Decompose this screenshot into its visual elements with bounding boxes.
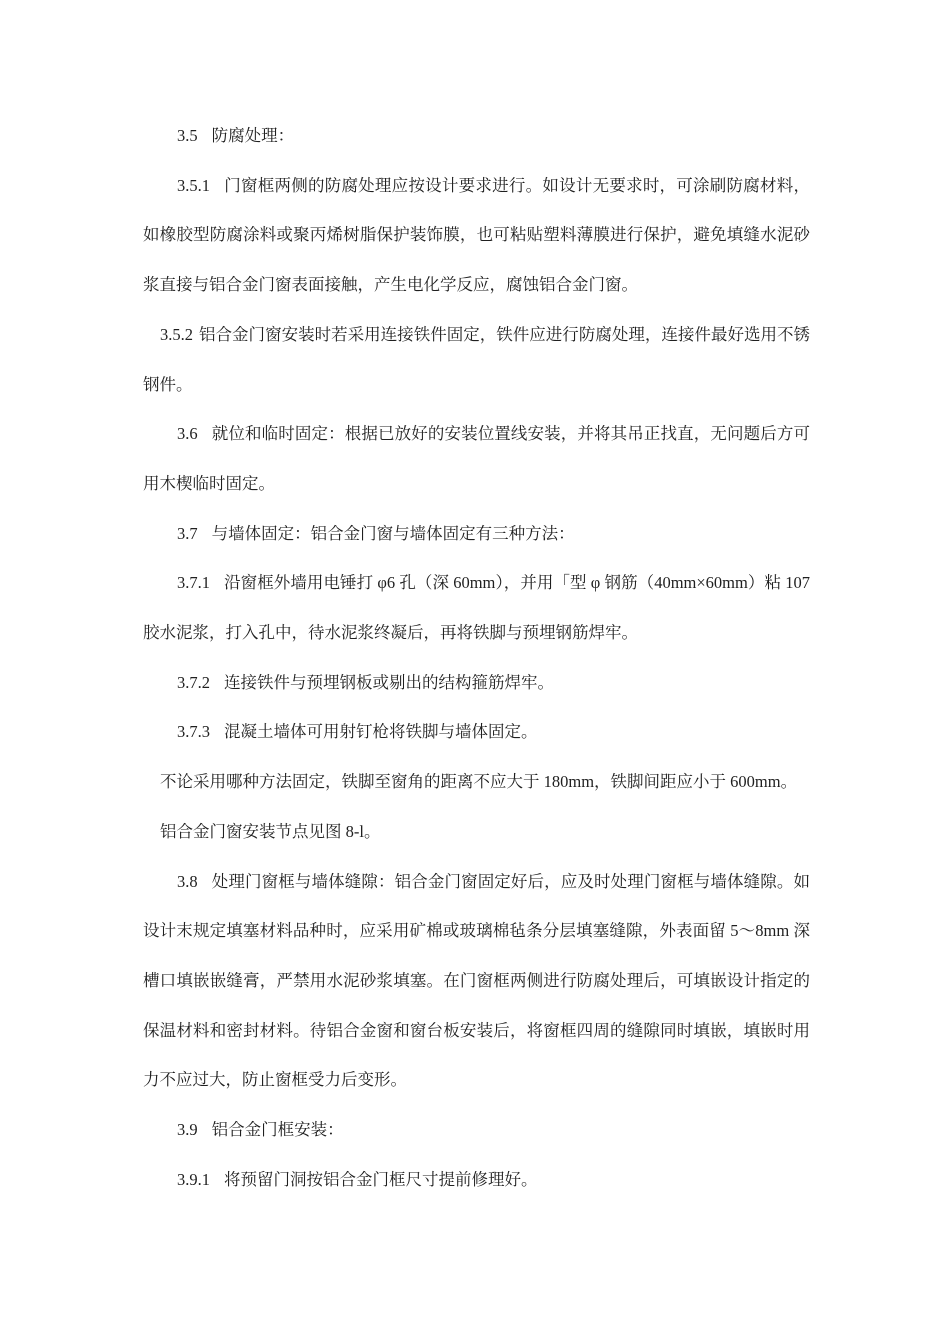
clause-number: 3.7.1 — [177, 573, 210, 592]
clause-number: 3.9 — [177, 1120, 198, 1139]
paragraph-figure-reference: 铝合金门窗安装节点见图 8-l。 — [143, 807, 810, 857]
clause-text: 混凝土墙体可用射钉枪将铁脚与墙体固定。 — [224, 722, 538, 741]
clause-number: 3.7.3 — [177, 722, 210, 741]
paragraph-3-5-2: 3.5.2铝合金门窗安装时若采用连接铁件固定，铁件应进行防腐处理，连接件最好选用… — [143, 310, 810, 409]
clause-number: 3.9.1 — [177, 1170, 210, 1189]
paragraph-3-7-3: 3.7.3混凝土墙体可用射钉枪将铁脚与墙体固定。 — [143, 707, 810, 757]
paragraph-3-8: 3.8处理门窗框与墙体缝隙：铝合金门窗固定好后，应及时处理门窗框与墙体缝隙。如设… — [143, 857, 810, 1106]
clause-text: 与墙体固定：铝合金门窗与墙体固定有三种方法： — [212, 524, 575, 543]
clause-text: 不论采用哪种方法固定，铁脚至窗角的距离不应大于 180mm，铁脚间距应小于 60… — [160, 772, 797, 791]
clause-number: 3.7 — [177, 524, 198, 543]
clause-text: 铝合金门窗安装节点见图 8-l。 — [160, 822, 380, 841]
paragraph-3-6: 3.6就位和临时固定：根据已放好的安装位置线安装，并将其吊正找直，无问题后方可用… — [143, 409, 810, 508]
clause-number: 3.7.2 — [177, 673, 210, 692]
clause-number: 3.5.1 — [177, 176, 210, 195]
clause-text: 将预留门洞按铝合金门框尺寸提前修理好。 — [224, 1170, 538, 1189]
paragraph-3-9-1: 3.9.1将预留门洞按铝合金门框尺寸提前修理好。 — [143, 1155, 810, 1205]
clause-number: 3.5 — [177, 126, 198, 145]
paragraph-3-7-2: 3.7.2连接铁件与预埋钢板或剔出的结构箍筋焊牢。 — [143, 658, 810, 708]
clause-text: 铝合金门窗安装时若采用连接铁件固定，铁件应进行防腐处理，连接件最好选用不锈钢件。 — [143, 325, 810, 394]
paragraph-3-5: 3.5防腐处理： — [143, 111, 810, 161]
clause-text: 沿窗框外墙用电锤打 φ6 孔（深 60mm），并用「型 φ 钢筋（40mm×60… — [143, 573, 810, 642]
clause-number: 3.8 — [177, 872, 198, 891]
clause-text: 铝合金门框安装： — [212, 1120, 344, 1139]
clause-text: 就位和临时固定：根据已放好的安装位置线安装，并将其吊正找直，无问题后方可用木楔临… — [143, 424, 810, 493]
clause-text: 处理门窗框与墙体缝隙：铝合金门窗固定好后，应及时处理门窗框与墙体缝隙。如设计末规… — [143, 872, 810, 1090]
clause-text: 门窗框两侧的防腐处理应按设计要求进行。如设计无要求时，可涂刷防腐材料，如橡胶型防… — [143, 176, 810, 294]
paragraph-3-9: 3.9铝合金门框安装： — [143, 1105, 810, 1155]
paragraph-3-5-1: 3.5.1门窗框两侧的防腐处理应按设计要求进行。如设计无要求时，可涂刷防腐材料，… — [143, 161, 810, 310]
paragraph-fixing-note: 不论采用哪种方法固定，铁脚至窗角的距离不应大于 180mm，铁脚间距应小于 60… — [143, 757, 810, 807]
document-page: 3.5防腐处理： 3.5.1门窗框两侧的防腐处理应按设计要求进行。如设计无要求时… — [0, 0, 950, 1344]
clause-text: 连接铁件与预埋钢板或剔出的结构箍筋焊牢。 — [224, 673, 554, 692]
paragraph-3-7: 3.7与墙体固定：铝合金门窗与墙体固定有三种方法： — [143, 509, 810, 559]
document-body: 3.5防腐处理： 3.5.1门窗框两侧的防腐处理应按设计要求进行。如设计无要求时… — [143, 0, 810, 1204]
clause-number: 3.6 — [177, 424, 198, 443]
clause-text: 防腐处理： — [212, 126, 295, 145]
paragraph-3-7-1: 3.7.1沿窗框外墙用电锤打 φ6 孔（深 60mm），并用「型 φ 钢筋（40… — [143, 558, 810, 657]
clause-number: 3.5.2 — [160, 325, 193, 344]
